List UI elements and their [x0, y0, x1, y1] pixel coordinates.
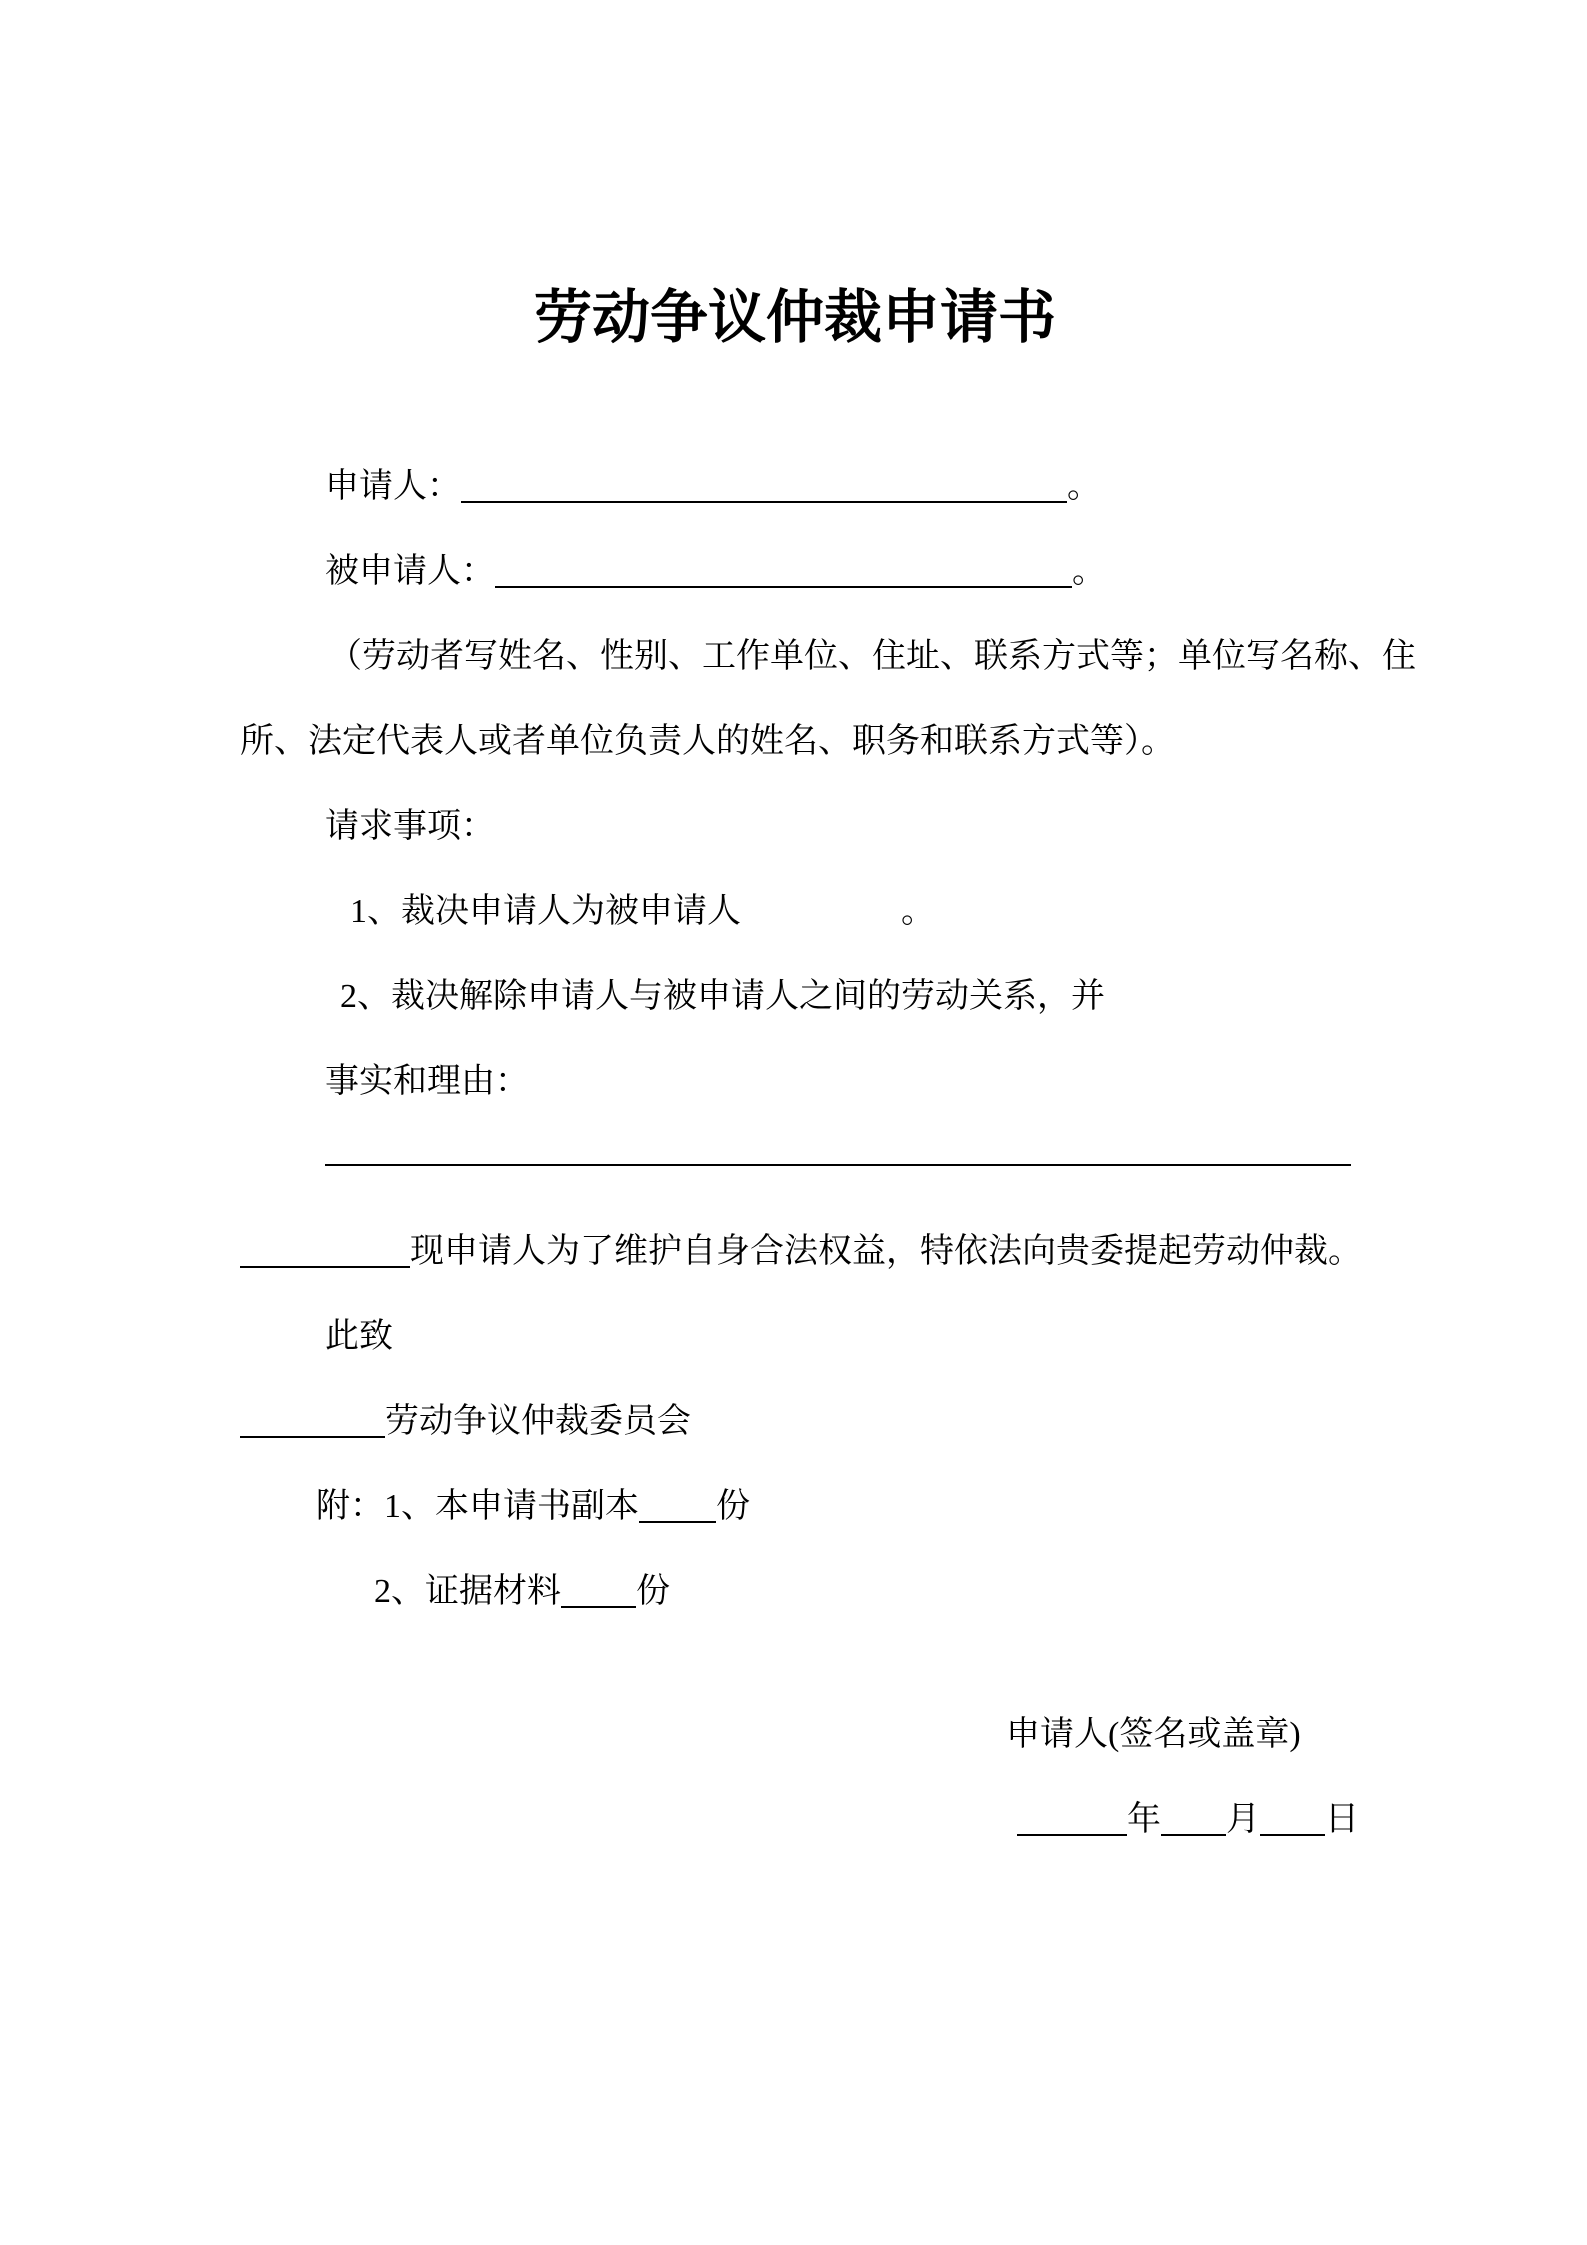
date-day-label: 日: [1325, 1801, 1359, 1838]
closing-line: 现申请人为了维护自身合法权益，特依法向贵委提起劳动仲裁。: [240, 1209, 1350, 1294]
closing-blank-field: [240, 1232, 410, 1268]
closing-text: 现申请人为了维护自身合法权益，特依法向贵委提起劳动仲裁。: [410, 1233, 1362, 1270]
date-line: 年月日: [240, 1777, 1350, 1862]
committee-line: 劳动争议仲裁委员会: [240, 1379, 1350, 1464]
claim-item-2: 2、裁决解除申请人与被申请人之间的劳动关系，并: [240, 954, 1350, 1039]
signature-label: 申请人(签名或盖章): [240, 1692, 1350, 1777]
attachment-1-count-blank: [639, 1487, 716, 1523]
claim-1-text: 1、裁决申请人为被申请人: [350, 893, 741, 930]
attachment-1-suffix: 份: [716, 1488, 750, 1525]
claims-heading: 请求事项：: [240, 784, 1350, 869]
date-month-label: 月: [1226, 1801, 1260, 1838]
attachment-2-prefix: 2、证据材料: [374, 1573, 561, 1610]
attachment-2-suffix: 份: [636, 1573, 670, 1610]
attachment-1-prefix: 附：1、本申请书副本: [316, 1488, 639, 1525]
date-day-blank: [1260, 1800, 1325, 1836]
claim-1-period: 。: [901, 893, 935, 930]
respondent-label: 被申请人：: [325, 553, 495, 590]
committee-blank-field: [240, 1402, 385, 1438]
attachment-item-1: 附：1、本申请书副本份: [240, 1464, 1350, 1549]
note-line-2: 所、法定代表人或者单位负责人的姓名、职务和联系方式等）。: [240, 699, 1350, 784]
applicant-line: 申请人：。: [240, 444, 1350, 529]
facts-blank-row: [240, 1124, 1350, 1209]
facts-blank-rule: [325, 1124, 1351, 1166]
respondent-period: 。: [1072, 553, 1106, 590]
date-month-blank: [1161, 1800, 1226, 1836]
facts-heading: 事实和理由：: [240, 1039, 1350, 1124]
respondent-blank-field: [495, 552, 1072, 588]
document-title: 劳动争议仲裁申请书: [240, 278, 1350, 358]
note-line-1: （劳动者写姓名、性别、工作单位、住址、联系方式等；单位写名称、住: [240, 614, 1350, 699]
respondent-line: 被申请人：。: [240, 529, 1350, 614]
attachment-item-2: 2、证据材料份: [240, 1549, 1350, 1634]
claim-item-1: 1、裁决申请人为被申请人。: [240, 869, 1350, 954]
salutation-line: 此致: [240, 1294, 1350, 1379]
applicant-blank-field: [461, 467, 1067, 503]
document-page: 劳动争议仲裁申请书 申请人：。 被申请人：。 （劳动者写姓名、性别、工作单位、住…: [0, 0, 1587, 2245]
applicant-label: 申请人：: [325, 468, 461, 505]
applicant-period: 。: [1067, 468, 1101, 505]
attachment-2-count-blank: [561, 1572, 636, 1608]
committee-name: 劳动争议仲裁委员会: [385, 1403, 691, 1440]
date-year-label: 年: [1127, 1801, 1161, 1838]
date-year-blank: [1017, 1800, 1127, 1836]
